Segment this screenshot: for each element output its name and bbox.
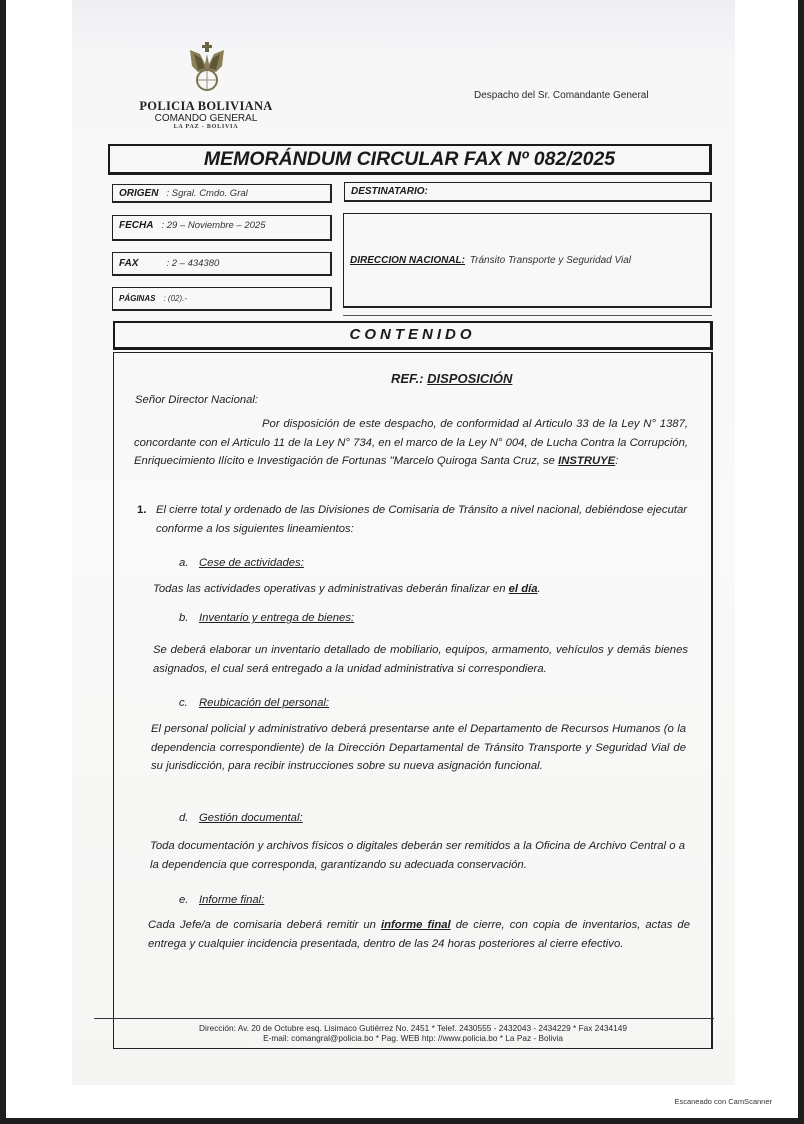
reference: REF.: DISPOSICIÓN	[391, 370, 512, 389]
subitem-body: Cada Jefe/a de comisaria deberá remitir …	[148, 919, 381, 931]
origen-label: ORIGEN	[119, 188, 158, 199]
subitem-d-heading: d.Gestión documental:	[179, 809, 303, 828]
intro-emphasis: INSTRUYE	[558, 455, 615, 467]
field-destinatario: DESTINATARIO:	[344, 182, 712, 202]
paginas-label: PÁGINAS	[119, 294, 155, 303]
destinatario-label: DESTINATARIO:	[351, 186, 428, 197]
police-crest-icon	[186, 40, 228, 92]
recipient-box: DIRECCION NACIONAL: Tránsito Transporte …	[343, 213, 712, 308]
subitem-letter: e.	[179, 891, 199, 910]
subitem-a-text: Todas las actividades operativas y admin…	[153, 580, 688, 599]
fax-label: FAX	[119, 258, 138, 269]
subitem-a-heading: a.Cese de actividades:	[179, 554, 304, 573]
ref-value: DISPOSICIÓN	[427, 371, 512, 386]
subitem-title: Inventario y entrega de bienes:	[199, 612, 354, 624]
subitem-b-heading: b.Inventario y entrega de bienes:	[179, 609, 354, 628]
office-name: Despacho del Sr. Comandante General	[474, 90, 649, 101]
fecha-label: FECHA	[119, 220, 153, 231]
subitem-c-text: El personal policial y administrativo de…	[151, 720, 686, 776]
salutation: Señor Director Nacional:	[135, 391, 258, 410]
subitem-letter: a.	[179, 554, 199, 573]
subitem-e-text: Cada Jefe/a de comisaria deberá remitir …	[148, 916, 690, 953]
fecha-value: : 29 – Noviembre – 2025	[161, 220, 265, 231]
subitem-emphasis: informe final	[381, 919, 451, 931]
subitem-body: Todas las actividades operativas y admin…	[153, 583, 509, 595]
memo-title: MEMORÁNDUM CIRCULAR FAX Nº 082/2025	[110, 146, 709, 173]
fax-value: : 2 – 434380	[166, 258, 219, 269]
subitem-letter: b.	[179, 609, 199, 628]
divider	[343, 315, 712, 316]
content-heading-box: CONTENIDO	[113, 321, 713, 350]
item-number: 1.	[137, 501, 146, 520]
subitem-e-heading: e.Informe final:	[179, 891, 264, 910]
scanner-watermark: Escaneado con CamScanner	[674, 1097, 772, 1106]
footer-contact: E-mail: comangral@policia.bo * Pag. WEB …	[113, 1033, 713, 1043]
subitem-title: Cese de actividades:	[199, 557, 304, 569]
subitem-body-end: .	[538, 583, 541, 595]
subitem-emphasis: el día	[509, 583, 538, 595]
subitem-title: Gestión documental:	[199, 812, 303, 824]
subitem-title: Informe final:	[199, 894, 264, 906]
subitem-b-text: Se deberá elaborar un inventario detalla…	[153, 641, 688, 678]
intro-end: :	[615, 455, 618, 467]
org-unit: COMANDO GENERAL	[126, 113, 286, 124]
org-name: POLICIA BOLIVIANA	[126, 99, 286, 114]
document-viewer: POLICIA BOLIVIANA COMANDO GENERAL LA PAZ…	[6, 0, 798, 1118]
footer-address: Dirección: Av. 20 de Octubre esq. Lisima…	[113, 1023, 713, 1033]
field-fecha: FECHA : 29 – Noviembre – 2025	[112, 215, 332, 241]
footer-divider	[94, 1018, 714, 1019]
item-1-text: El cierre total y ordenado de las Divisi…	[156, 501, 691, 538]
paginas-value: : (02).-	[163, 294, 187, 303]
direccion-value: Tránsito Transporte y Seguridad Vial	[470, 255, 631, 266]
subitem-letter: c.	[179, 694, 199, 713]
recipient-direccion: DIRECCION NACIONAL: Tránsito Transporte …	[350, 255, 631, 266]
field-paginas: PÁGINAS : (02).-	[112, 287, 332, 311]
intro-paragraph: Por disposición de este despacho, de con…	[134, 415, 688, 471]
field-origen: ORIGEN : Sgral. Cmdo. Gral	[112, 184, 332, 203]
title-box: MEMORÁNDUM CIRCULAR FAX Nº 082/2025	[108, 144, 712, 175]
ref-label: REF.:	[391, 371, 424, 386]
subitem-letter: d.	[179, 809, 199, 828]
subitem-d-text: Toda documentación y archivos físicos o …	[150, 837, 685, 874]
org-location: LA PAZ - BOLIVIA	[126, 124, 286, 130]
content-heading: CONTENIDO	[115, 323, 710, 347]
direccion-label: DIRECCION NACIONAL:	[350, 255, 465, 266]
field-fax: FAX : 2 – 434380	[112, 252, 332, 276]
origen-value: : Sgral. Cmdo. Gral	[166, 188, 247, 199]
subitem-title: Reubicación del personal:	[199, 697, 329, 709]
subitem-c-heading: c.Reubicación del personal:	[179, 694, 329, 713]
scanned-page: POLICIA BOLIVIANA COMANDO GENERAL LA PAZ…	[72, 0, 735, 1085]
